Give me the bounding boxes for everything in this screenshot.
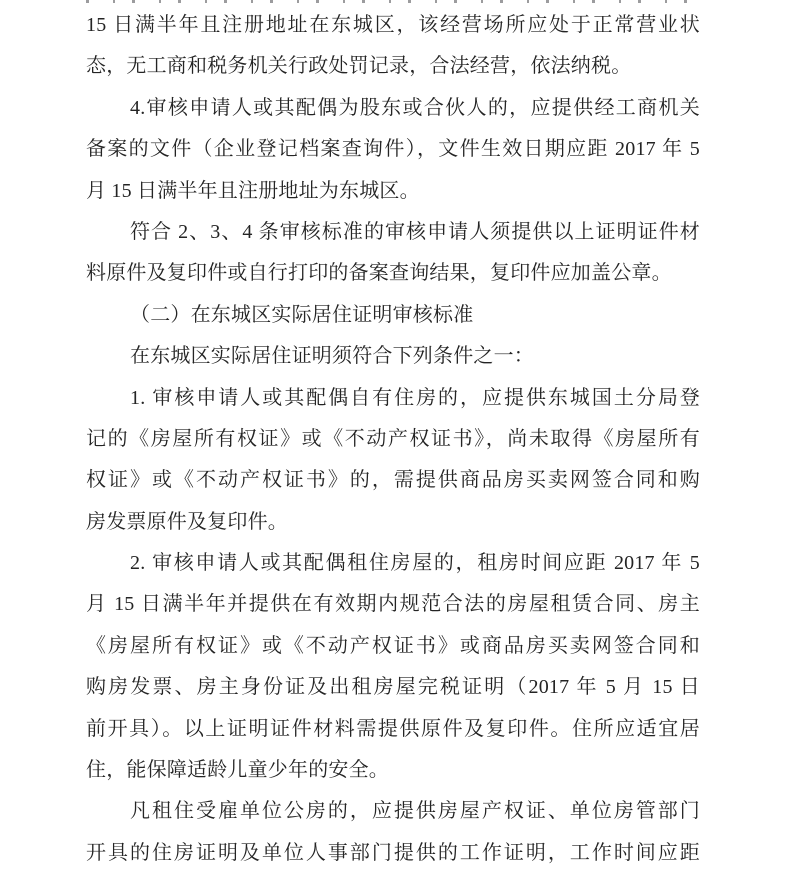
text-line: 凡租住受雇单位公房的，应提供房屋产权证、单位房管部门 <box>86 791 700 832</box>
text-line: 态，无工商和税务机关行政处罚记录，合法经营，依法纳税。 <box>86 46 700 87</box>
text-line: 月 15 日满半年且注册地址为东城区。 <box>86 171 700 212</box>
text-line: 月 15 日满半年并提供在有效期内规范合法的房屋租赁合同、房主 <box>86 584 700 625</box>
text-line: 开具的住房证明及单位人事部门提供的工作证明，工作时间应距 <box>86 833 700 874</box>
text-line: 15 日满半年且注册地址在东城区，该经营场所应处于正常营业状 <box>86 5 700 46</box>
text-line: 备案的文件（企业登记档案查询件），文件生效日期应距 2017 年 5 <box>86 129 700 170</box>
text-line: 购房发票、房主身份证及出租房屋完税证明（2017 年 5 月 15 日 <box>86 667 700 708</box>
text-line: 前开具）。以上证明证件材料需提供原件及复印件。住所应适宜居 <box>86 709 700 750</box>
text-line: 记的《房屋所有权证》或《不动产权证书》，尚未取得《房屋所有 <box>86 419 700 460</box>
text-line: 料原件及复印件或自行打印的备案查询结果，复印件应加盖公章。 <box>86 253 700 294</box>
text-line: 4.审核申请人或其配偶为股东或合伙人的，应提供经工商机关 <box>86 88 700 129</box>
text-line: 1. 审核申请人或其配偶自有住房的，应提供东城国土分局登 <box>86 378 700 419</box>
text-line: 权证》或《不动产权证书》的，需提供商品房买卖网签合同和购 <box>86 460 700 501</box>
text-line: 房发票原件及复印件。 <box>86 502 700 543</box>
text-line: 2. 审核申请人或其配偶租住房屋的，租房时间应距 2017 年 5 <box>86 543 700 584</box>
document-page: 15 日满半年且注册地址在东城区，该经营场所应处于正常营业状态，无工商和税务机关… <box>0 0 792 874</box>
text-line: 《房屋所有权证》或《不动产权证书》或商品房买卖网签合同和 <box>86 626 700 667</box>
document-body: 15 日满半年且注册地址在东城区，该经营场所应处于正常营业状态，无工商和税务机关… <box>86 5 700 874</box>
text-line: 符合 2、3、4 条审核标准的审核申请人须提供以上证明证件材 <box>86 212 700 253</box>
text-line: 住，能保障适龄儿童少年的安全。 <box>86 750 700 791</box>
clipped-line-fragment <box>86 0 700 3</box>
text-line: （二）在东城区实际居住证明审核标准 <box>86 295 700 336</box>
text-line: 在东城区实际居住证明须符合下列条件之一： <box>86 336 700 377</box>
